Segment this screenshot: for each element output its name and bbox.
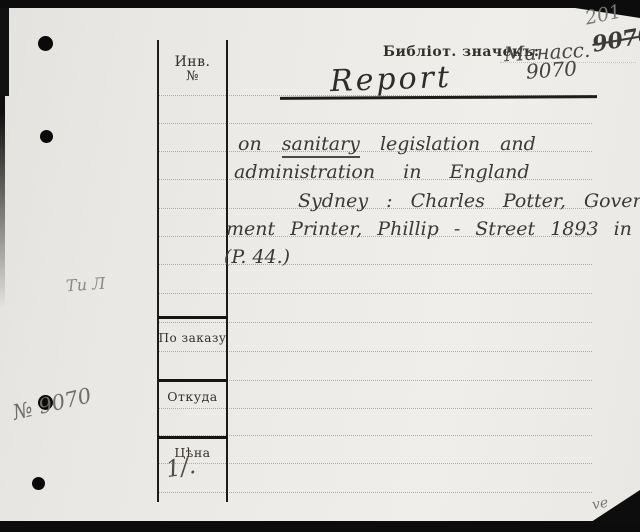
catalog-card-scan: Инв. № По заказу Откуда Цѣна 1/. Библіот… — [0, 0, 640, 532]
ruled-line — [158, 408, 592, 409]
inventory-number-symbol: № — [158, 69, 227, 84]
ruled-line — [158, 351, 592, 352]
ruled-line — [158, 322, 592, 323]
inventory-number-label: Инв. — [158, 54, 227, 70]
punch-hole — [32, 477, 45, 490]
title-underline — [280, 95, 597, 100]
body-line-1-underlined-word: sanitary — [282, 133, 360, 158]
ruled-line — [158, 123, 592, 124]
scan-edge-left-upper — [0, 8, 9, 96]
column-line-right — [226, 40, 228, 502]
section-divider — [158, 436, 228, 439]
body-line-5: (P. 44.) — [224, 246, 290, 268]
ruled-line — [158, 492, 592, 493]
catalog-number-handwritten: 9070 — [525, 56, 577, 83]
scan-edge-bottom — [0, 521, 640, 532]
price-value-handwritten: 1/. — [164, 453, 197, 483]
column-line-left — [157, 40, 159, 502]
body-line-4: ment Printer, Phillip - Street 1893 in 4… — [226, 218, 640, 240]
body-line-1-word: on — [238, 133, 262, 155]
scan-edge-top — [0, 0, 640, 8]
punch-hole — [40, 130, 53, 143]
order-label: По заказу — [158, 331, 227, 345]
body-line-3: Sydney : Charles Potter, Govern- — [298, 190, 640, 212]
section-divider — [158, 379, 228, 382]
body-line-2: administration in England — [234, 161, 530, 183]
body-line-1: on sanitary legislation and — [238, 133, 536, 155]
corner-initials-pencil: ve — [591, 495, 610, 514]
body-line-1-rest: legislation and — [380, 133, 536, 155]
ruled-line — [158, 293, 592, 294]
margin-number-pencil: № 9070 — [10, 383, 93, 424]
punch-hole — [38, 36, 53, 51]
origin-label: Откуда — [158, 389, 227, 404]
section-divider — [158, 316, 228, 319]
margin-pencil-mark: Ти Л — [65, 274, 106, 296]
card-title: Report — [329, 60, 452, 99]
ruled-line — [158, 463, 592, 464]
